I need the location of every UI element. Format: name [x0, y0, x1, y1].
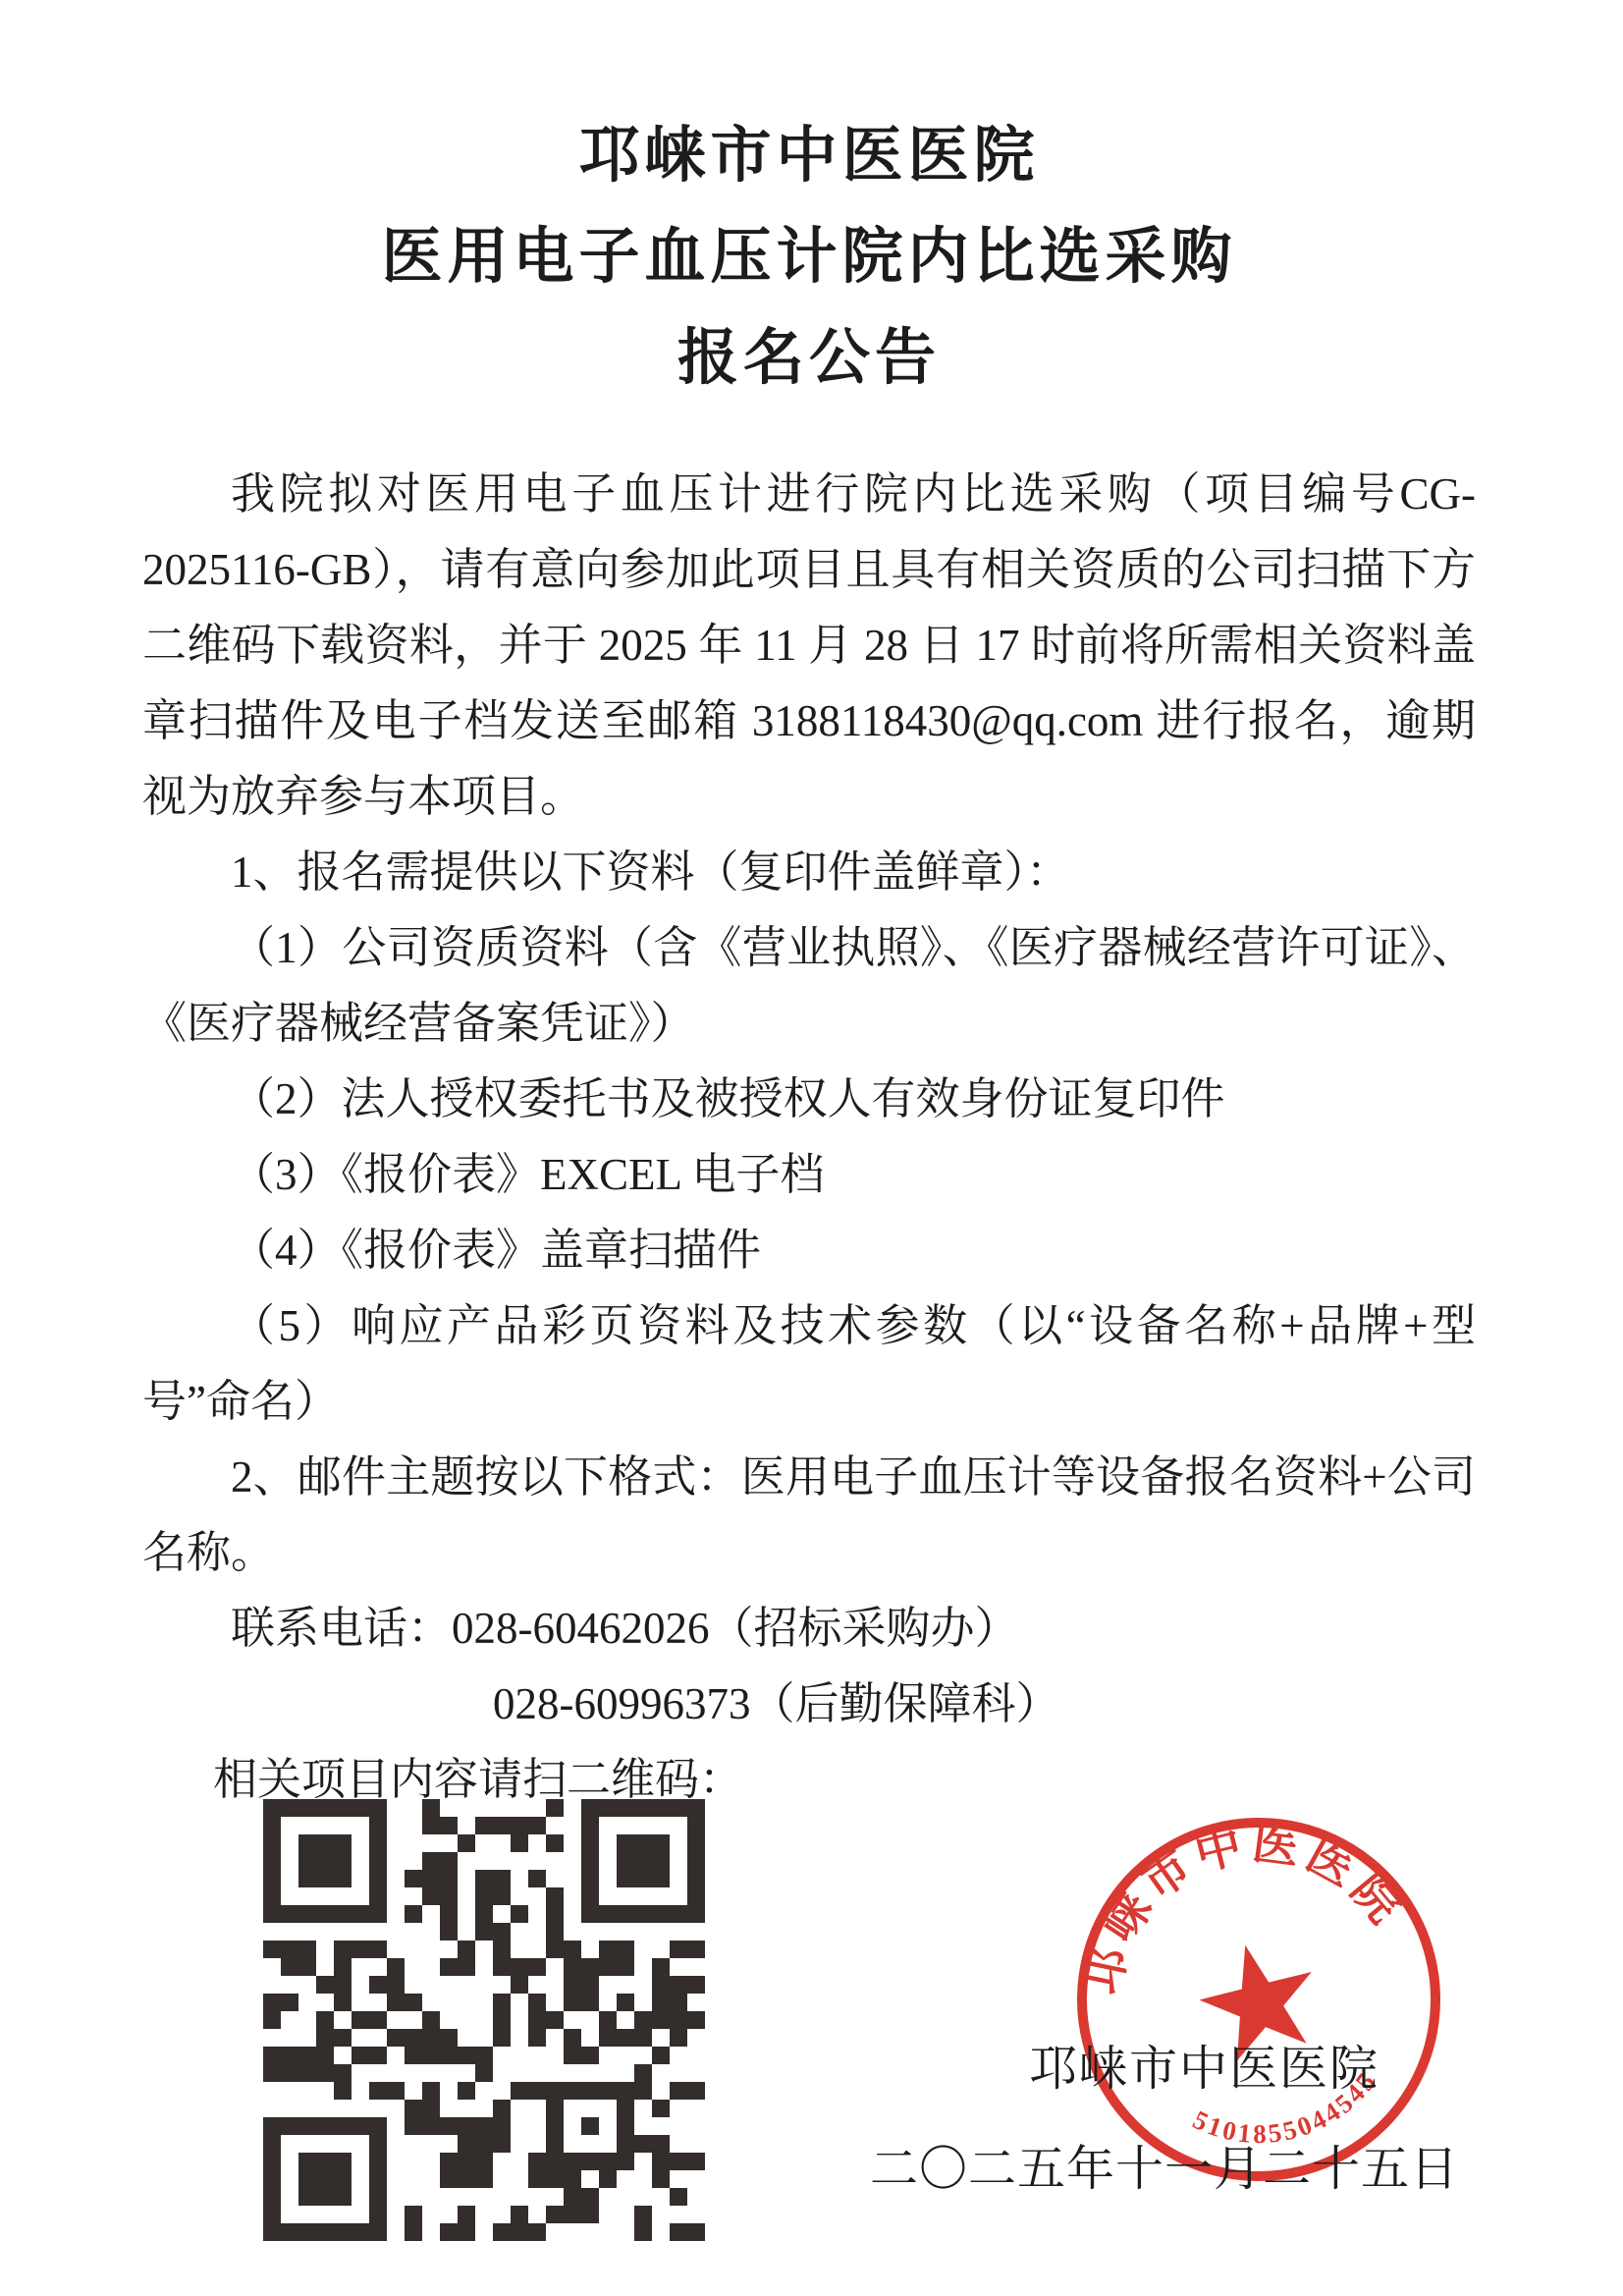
title-line-notice: 报名公告 [142, 308, 1476, 410]
list-item-2-authorization: （2）法人授权委托书及被授权人有效身份证复印件 [142, 1062, 1476, 1137]
signature-hospital-name: 邛崃市中医医院 [1029, 2031, 1380, 2100]
list-item-3-quote-excel: （3）《报价表》EXCEL 电子档 [142, 1137, 1476, 1213]
title-line-hospital: 邛崃市中医医院 [142, 106, 1476, 207]
qr-code [263, 1799, 705, 2241]
list-heading-materials: 1、报名需提供以下资料（复印件盖鲜章）： [142, 835, 1476, 910]
title-line-project: 医用电子血压计院内比选采购 [142, 207, 1476, 308]
list-item-1-qualifications: （1）公司资质资料（含《营业执照》、《医疗器械经营许可证》、《医疗器械经营备案凭… [142, 910, 1476, 1062]
paragraph-email-subject: 2、邮件主题按以下格式：医用电子血压计等设备报名资料+公司名称。 [142, 1440, 1476, 1591]
contact-phone-1: 联系电话：028-60462026（招标采购办） [142, 1591, 1476, 1667]
document-body: 我院拟对医用电子血压计进行院内比选采购（项目编号CG-2025116-GB），请… [142, 457, 1476, 1818]
contact-phone-2: 028-60996373（后勤保障科） [493, 1667, 1476, 1742]
list-item-5-product-info: （5）响应产品彩页资料及技术参数（以“设备名称+品牌+型号”命名） [142, 1288, 1476, 1440]
document-content: 邛崃市中医医院 医用电子血压计院内比选采购 报名公告 我院拟对医用电子血压计进行… [0, 0, 1623, 1818]
document-title: 邛崃市中医医院 医用电子血压计院内比选采购 报名公告 [142, 106, 1476, 410]
paragraph-intro: 我院拟对医用电子血压计进行院内比选采购（项目编号CG-2025116-GB），请… [142, 457, 1476, 835]
list-item-4-quote-scan: （4）《报价表》盖章扫描件 [142, 1213, 1476, 1288]
document-page: 邛崃市中医医院 医用电子血压计院内比选采购 报名公告 我院拟对医用电子血压计进行… [0, 0, 1623, 2296]
signature-date: 二〇二五年十一月二十五日 [870, 2131, 1459, 2200]
